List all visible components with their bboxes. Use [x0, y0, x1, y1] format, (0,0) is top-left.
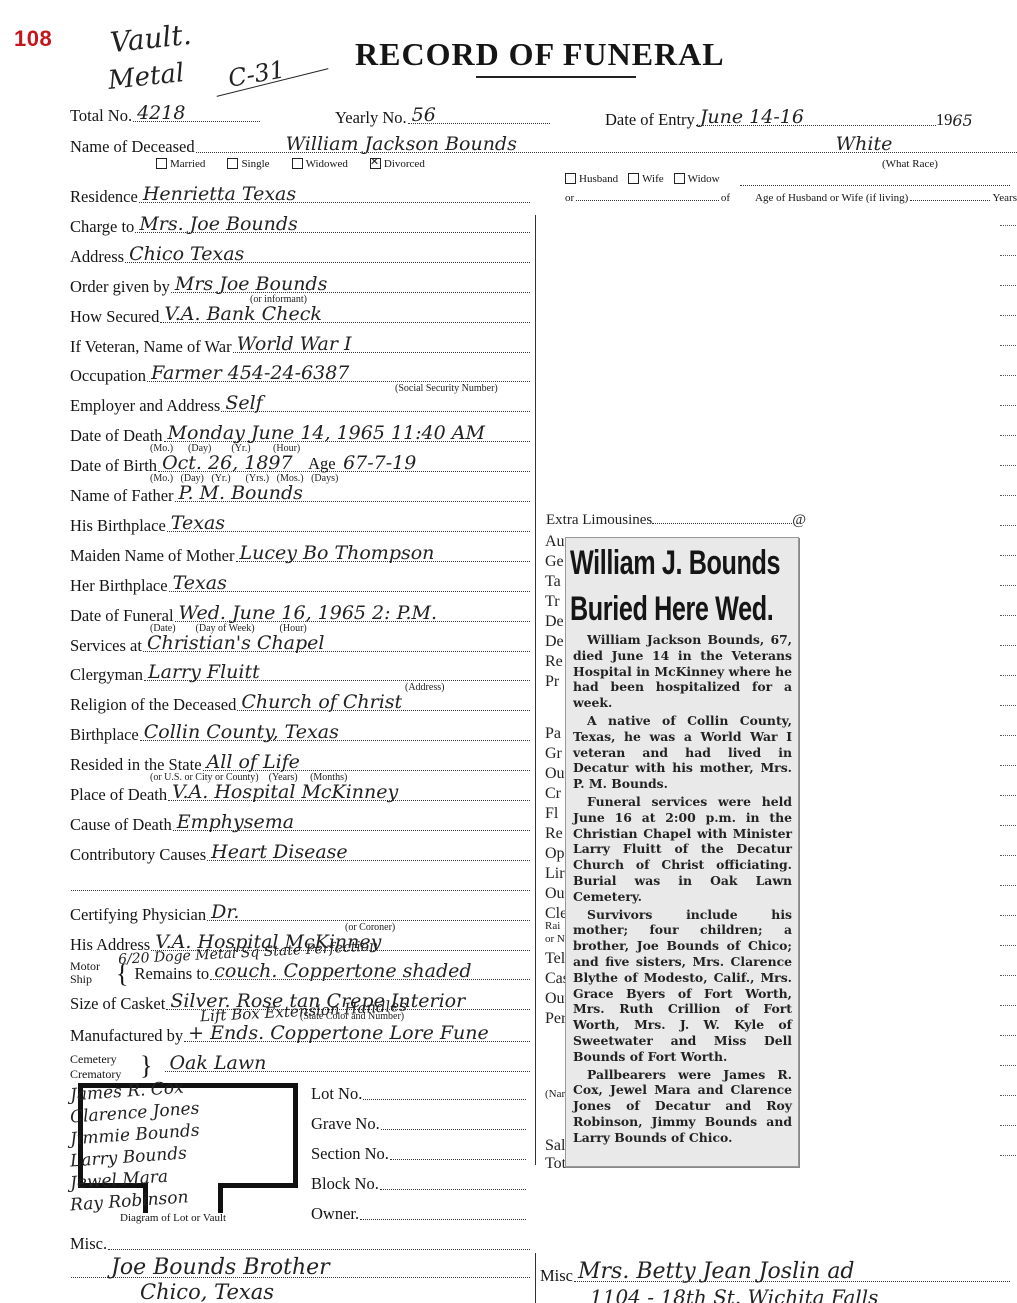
- newspaper-clipping: William J. Bounds Buried Here Wed. Willi…: [565, 537, 799, 1167]
- marital-widowed[interactable]: Widowed: [292, 158, 348, 170]
- misc-divider: [535, 1253, 536, 1303]
- clipping-paragraph: Pallbearers were James R. Cox, Jewel Mar…: [573, 1067, 792, 1146]
- field-value: World War I: [237, 333, 352, 355]
- field-label: Occupation: [70, 366, 146, 386]
- field-label: Remains to: [134, 964, 209, 984]
- right-column-line: [1000, 495, 1016, 496]
- pallbearer-list: James R. Cox Clarence Jones Jimmie Bound…: [70, 1080, 200, 1212]
- form-row: If Veteran, Name of WarWorld War I: [70, 333, 530, 357]
- field-value: Oak Lawn: [169, 1052, 266, 1074]
- diagram-edge: [218, 1183, 223, 1213]
- spouse-wife[interactable]: Wife: [628, 173, 664, 185]
- field-value: Church of Christ: [241, 691, 402, 713]
- form-row: Employer and AddressSelf: [70, 392, 530, 416]
- obscured-field-label: Cr: [545, 785, 561, 803]
- section-no-field: Section No.: [311, 1140, 526, 1164]
- yearly-no-value: 56: [412, 104, 436, 126]
- field-value: Dr.: [211, 901, 239, 923]
- field-label: Cause of Death: [70, 815, 172, 835]
- right-column-line: [1000, 915, 1016, 916]
- field-sublabel: (or U.S. or City or County) (Years) (Mon…: [150, 772, 347, 783]
- right-column-line: [1000, 585, 1016, 586]
- grave-no-field: Grave No.: [311, 1110, 526, 1134]
- obscured-field-label: Re: [545, 653, 563, 671]
- form-row: AddressChico Texas: [70, 243, 530, 267]
- obscured-field-label: Gr: [545, 745, 562, 763]
- total-no-label: Total No.: [70, 106, 132, 126]
- form-row: CemeteryCrematory}Oak Lawn: [70, 1052, 530, 1076]
- obscured-field-label: Pa: [545, 725, 561, 743]
- field-label: Maiden Name of Mother: [70, 546, 235, 566]
- field-label: Clergyman: [70, 665, 143, 685]
- form-row: Certifying PhysicianDr.: [70, 901, 530, 925]
- obscured-field-label: (Nar: [545, 1088, 565, 1100]
- race-label: (What Race): [882, 158, 938, 170]
- right-column-line: [1000, 885, 1016, 886]
- spouse-name-line: [740, 185, 1010, 186]
- field-label: Date of Birth: [70, 456, 157, 476]
- obscured-field-label: or N: [545, 933, 565, 945]
- page-title: RECORD OF FUNERAL: [355, 36, 725, 73]
- name-of-deceased-value: William Jackson Bounds: [286, 133, 517, 155]
- field-label: Charge to: [70, 217, 134, 237]
- name-of-deceased-label: Name of Deceased: [70, 137, 195, 157]
- right-column-line: [1000, 1005, 1016, 1006]
- block-no-field: Block No.: [311, 1170, 526, 1194]
- right-column-line: [1000, 375, 1016, 376]
- field-sublabel: (or informant): [250, 294, 307, 305]
- yearly-no-field: Yearly No. 56: [335, 104, 550, 128]
- field-label: CemeteryCrematory: [70, 1052, 140, 1082]
- field-label: How Secured: [70, 307, 159, 327]
- extra-limousines-label: Extra Limousines@: [546, 512, 806, 529]
- field-value: Larry Fluitt: [148, 661, 260, 683]
- obscured-field-label: Per: [545, 1010, 566, 1028]
- marital-status-group: Married Single Widowed Divorced: [156, 156, 443, 174]
- checkbox-single[interactable]: [227, 158, 238, 169]
- total-no-value: 4218: [137, 102, 185, 124]
- date-of-entry-field: Date of Entry June 14-16 19 65: [605, 106, 1017, 130]
- yearly-no-label: Yearly No.: [335, 108, 407, 128]
- title-rule: [476, 76, 636, 78]
- field-value: Self: [225, 392, 262, 414]
- field-label: Manufactured by: [70, 1026, 183, 1046]
- obscured-field-label: Tel: [545, 950, 565, 968]
- field-sublabel: (Social Security Number): [395, 383, 498, 394]
- form-row: Her BirthplaceTexas: [70, 572, 530, 596]
- right-column-line: [1000, 705, 1016, 706]
- obscured-field-label: Tr: [545, 593, 560, 611]
- field-label: Residence: [70, 187, 138, 207]
- motor-ship-label: MotorShip: [70, 960, 116, 986]
- field-label: Her Birthplace: [70, 576, 168, 596]
- margin-note-code: C-31: [226, 55, 287, 92]
- form-row: Cause of DeathEmphysema: [70, 811, 530, 835]
- field-label: Employer and Address: [70, 396, 220, 416]
- right-column-line: [1000, 975, 1016, 976]
- clipping-paragraph: Survivors include his mother; four child…: [573, 907, 792, 1065]
- field-label: If Veteran, Name of War: [70, 337, 232, 357]
- age-label: Age: [308, 454, 336, 474]
- field-value: Texas: [171, 512, 225, 534]
- right-column-line: [1000, 1065, 1016, 1066]
- checkbox-widowed[interactable]: [292, 158, 303, 169]
- field-value: Heart Disease: [211, 841, 348, 863]
- field-label: Certifying Physician: [70, 905, 206, 925]
- age-value: 67-7-19: [343, 452, 416, 474]
- clipping-paragraph: A native of Collin County, Texas, he was…: [573, 713, 792, 792]
- field-value: Monday June 14, 1965 11:40 AM: [168, 422, 485, 444]
- misc-right-field: Misc Mrs. Betty Jean Joslin ad: [540, 1262, 1010, 1286]
- obscured-field-label: De: [545, 613, 564, 631]
- page-number: 108: [14, 26, 52, 52]
- spouse-widow[interactable]: Widow: [674, 173, 720, 185]
- brace: }: [140, 1056, 152, 1076]
- misc-line-3: Chico, Texas: [140, 1280, 274, 1303]
- spouse-age-field: Age of Husband or Wife (if living) Years: [755, 192, 1017, 204]
- field-sublabel: (Address): [405, 682, 444, 693]
- field-sublabel: (Mo.) (Day) (Yr.) (Hour): [150, 443, 300, 454]
- clipping-body: William Jackson Bounds, 67, died June 14…: [566, 632, 798, 1146]
- field-value: V.A. Hospital McKinney: [172, 781, 398, 803]
- field-value: Christian's Chapel: [147, 632, 325, 654]
- obscured-field-label: De: [545, 633, 564, 651]
- form-row: ResidenceHenrietta Texas: [70, 183, 530, 207]
- checkbox-husband[interactable]: [565, 173, 576, 184]
- field-value: All of Life: [207, 751, 300, 773]
- field-label: Services at: [70, 636, 142, 656]
- right-column-line: [1000, 645, 1016, 646]
- misc-field: Misc.: [70, 1230, 530, 1254]
- checkbox-married[interactable]: [156, 158, 167, 169]
- form-row: Religion of the DeceasedChurch of Christ: [70, 691, 530, 715]
- field-value: couch. Coppertone shaded: [214, 960, 471, 982]
- field-value: Oct. 26, 1897: [162, 452, 293, 474]
- field-label: His Birthplace: [70, 516, 166, 536]
- form-row: [70, 871, 530, 895]
- field-value: Collin County, Texas: [144, 721, 339, 743]
- diagram-edge: [218, 1183, 293, 1188]
- clipping-headline: William J. Bounds Buried Here Wed.: [570, 540, 802, 632]
- right-column-line: [1000, 855, 1016, 856]
- obscured-field-label: Fl: [545, 805, 558, 823]
- right-column-line: [1000, 1125, 1016, 1126]
- total-no-field: Total No. 4218: [70, 102, 260, 126]
- obscured-field-label: Re: [545, 825, 563, 843]
- right-column-line: [1000, 1155, 1016, 1156]
- obscured-field-label: Tot: [545, 1155, 566, 1173]
- obscured-field-label: Rai: [545, 920, 560, 932]
- lot-no-field: Lot No.: [311, 1080, 526, 1104]
- form-row: Charge toMrs. Joe Bounds: [70, 213, 530, 237]
- spouse-relation-group: Husband Wife Widow: [565, 171, 726, 189]
- clipping-paragraph: William Jackson Bounds, 67, died June 14…: [573, 632, 792, 711]
- clipping-paragraph: Funeral services were held June 16 at 2:…: [573, 794, 792, 905]
- field-label: Name of Father: [70, 486, 174, 506]
- date-of-entry-label: Date of Entry: [605, 110, 695, 130]
- field-label: Order given by: [70, 277, 170, 297]
- name-of-deceased-field: Name of Deceased William Jackson Bounds …: [70, 133, 1017, 157]
- field-label: Place of Death: [70, 785, 167, 805]
- field-label: Contributory Causes: [70, 845, 206, 865]
- form-row: Manufactured by+ Ends. Coppertone Lore F…: [70, 1022, 530, 1046]
- right-column-line: [1000, 1095, 1016, 1096]
- field-sublabel: (or Coroner): [345, 922, 395, 933]
- right-column-line: [1000, 825, 1016, 826]
- field-label: Date of Death: [70, 426, 163, 446]
- form-row: Maiden Name of MotherLucey Bo Thompson: [70, 542, 530, 566]
- right-column-line: [1000, 465, 1016, 466]
- form-row: Services atChristian's Chapel: [70, 632, 530, 656]
- right-column-line: [1000, 315, 1016, 316]
- marital-divorced[interactable]: Divorced: [370, 158, 425, 170]
- spouse-husband[interactable]: Husband: [565, 173, 618, 185]
- form-row: Name of FatherP. M. Bounds: [70, 482, 530, 506]
- right-column-line: [1000, 285, 1016, 286]
- field-value: Lucey Bo Thompson: [240, 542, 435, 564]
- owner-field: Owner.: [311, 1200, 526, 1224]
- diagram-label: Diagram of Lot or Vault: [120, 1212, 226, 1224]
- obscured-field-label: Lir: [545, 865, 565, 883]
- field-label: Religion of the Deceased: [70, 695, 236, 715]
- field-value: Henrietta Texas: [143, 183, 296, 205]
- right-column-line: [1000, 615, 1016, 616]
- field-value: Chico Texas: [129, 243, 244, 265]
- field-value: P. M. Bounds: [179, 482, 303, 504]
- right-column-line: [1000, 525, 1016, 526]
- form-row: His BirthplaceTexas: [70, 512, 530, 536]
- checkbox-wife[interactable]: [628, 173, 639, 184]
- form-row: How SecuredV.A. Bank Check: [70, 303, 530, 327]
- right-column-line: [1000, 255, 1016, 256]
- right-column-line: [1000, 675, 1016, 676]
- field-label: Size of Casket: [70, 994, 165, 1014]
- right-column-line: [1000, 1035, 1016, 1036]
- right-column-line: [1000, 405, 1016, 406]
- field-value: Emphysema: [177, 811, 294, 833]
- race-value: White: [836, 133, 893, 155]
- form-row: Place of DeathV.A. Hospital McKinney: [70, 781, 530, 805]
- spouse-or-of: or of: [565, 192, 730, 204]
- obscured-field-label: Ou: [545, 885, 565, 903]
- date-of-entry-value: June 14-16: [700, 106, 804, 128]
- margin-note-metal: Metal: [107, 58, 186, 96]
- right-column-line: [1000, 735, 1016, 736]
- field-value: Texas: [173, 572, 227, 594]
- field-value: Mrs Joe Bounds: [175, 273, 327, 295]
- field-value: V.A. Bank Check: [164, 303, 322, 325]
- field-label: Address: [70, 247, 124, 267]
- field-label: Birthplace: [70, 725, 139, 745]
- column-divider: [535, 215, 536, 1165]
- margin-note-vault: Vault.: [108, 18, 192, 59]
- obscured-field-label: Op: [545, 845, 565, 863]
- obscured-field-label: Au: [545, 533, 565, 551]
- marital-single[interactable]: Single: [227, 158, 269, 170]
- misc-right-line-2: 1104 - 18th St. Wichita Falls: [590, 1285, 878, 1303]
- obscured-field-label: Ou: [545, 765, 565, 783]
- right-column-line: [1000, 435, 1016, 436]
- year-prefix: 19: [936, 110, 953, 130]
- right-column-line: [1000, 555, 1016, 556]
- form-row: ClergymanLarry Fluitt: [70, 661, 530, 685]
- field-value: Farmer 454-24-6387: [151, 362, 349, 384]
- checkbox-widow[interactable]: [674, 173, 685, 184]
- checkbox-divorced[interactable]: [370, 158, 381, 169]
- marital-married[interactable]: Married: [156, 158, 205, 170]
- right-column-line: [1000, 795, 1016, 796]
- obscured-field-label: Pr: [545, 673, 559, 691]
- form-row: Contributory CausesHeart Disease: [70, 841, 530, 865]
- obscured-field-label: Ta: [545, 573, 561, 591]
- misc-line-2: Joe Bounds Brother: [70, 1258, 530, 1282]
- right-column-line: [1000, 945, 1016, 946]
- field-value: + Ends. Coppertone Lore Fune: [188, 1022, 489, 1044]
- field-sublabel: (Mo.) (Day) (Yr.) (Yrs.) (Mos.) (Days): [150, 473, 338, 484]
- right-column-line: [1000, 345, 1016, 346]
- obscured-field-label: Ge: [545, 553, 564, 571]
- right-column-line: [1000, 765, 1016, 766]
- field-value: Mrs. Joe Bounds: [139, 213, 298, 235]
- field-value: Wed. June 16, 1965 2: P.M.: [179, 602, 438, 624]
- form-row: BirthplaceCollin County, Texas: [70, 721, 530, 745]
- field-sublabel: (Date) (Day of Week) (Hour): [150, 623, 307, 634]
- year-suffix: 65: [952, 111, 972, 130]
- right-column-line: [1000, 225, 1016, 226]
